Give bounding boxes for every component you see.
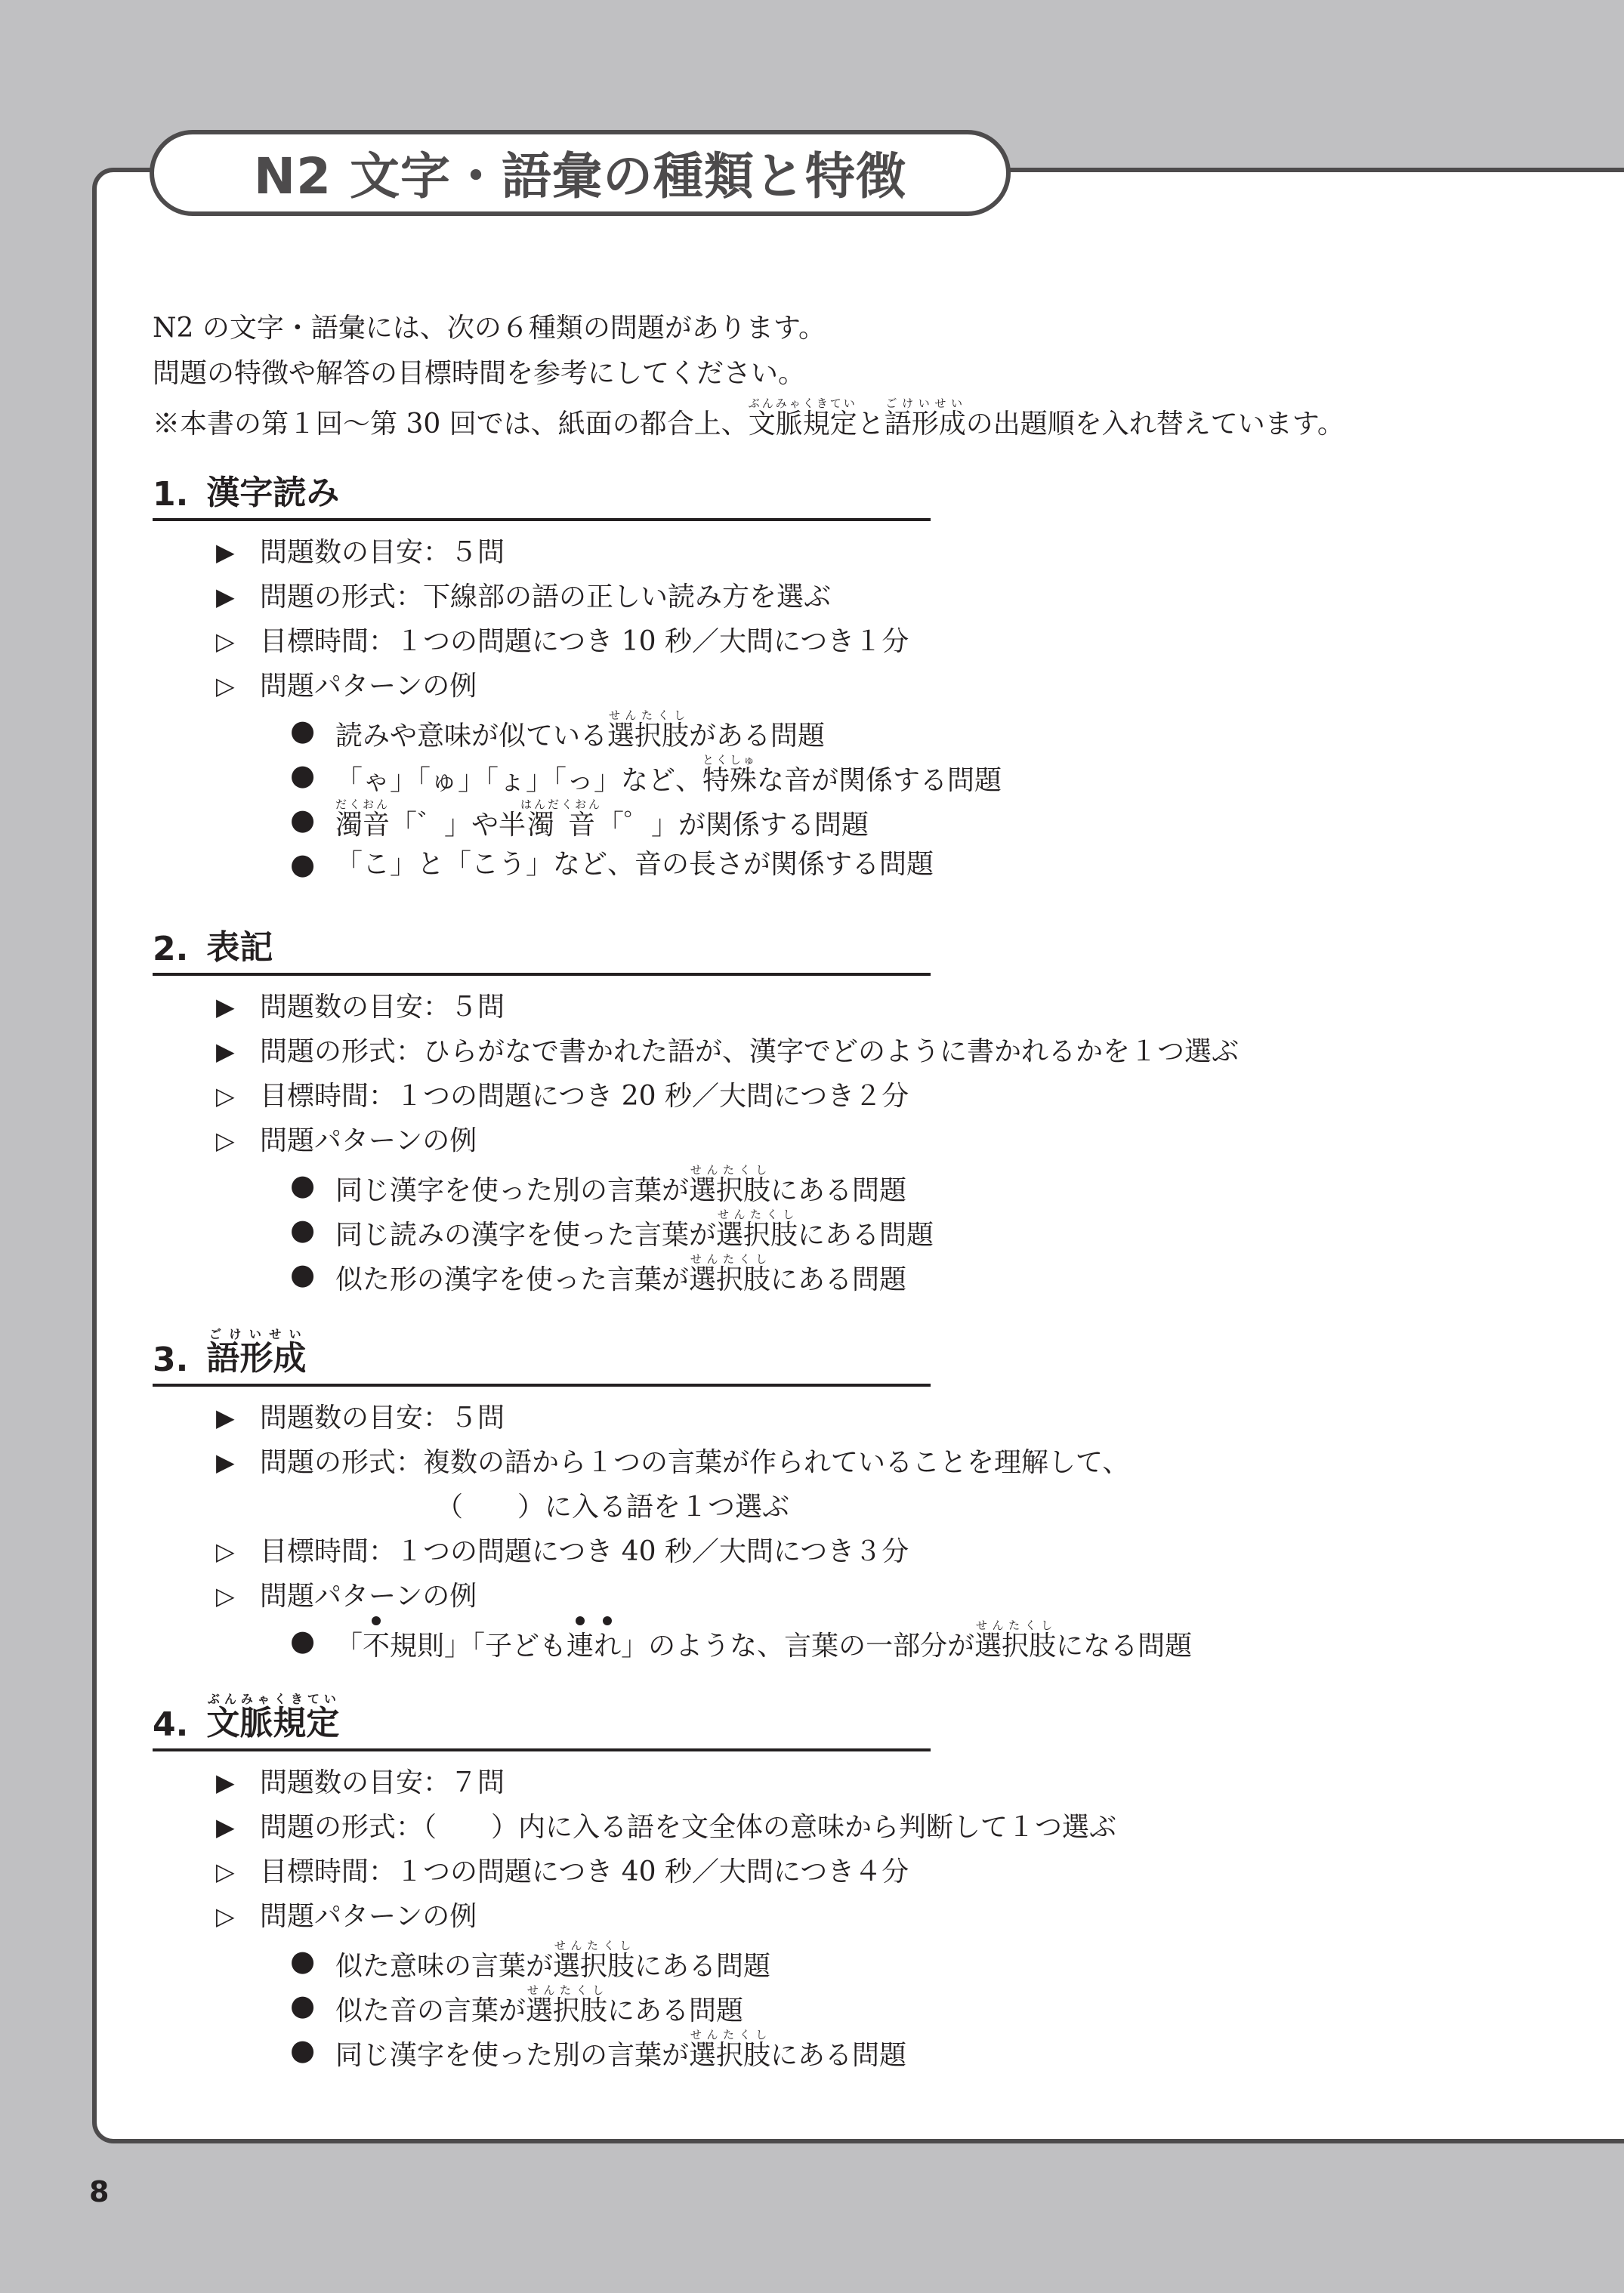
list-item: ▷目標時間：１つの問題につき 40 秒／大問につき３分 bbox=[153, 1529, 931, 1574]
bullet-dot-icon: ● bbox=[290, 1939, 315, 1983]
triangle-filled-icon: ▶ bbox=[216, 1805, 235, 1850]
intro-text: ※本書の第１回〜第 30 回では、紙面の都合上、 bbox=[153, 409, 749, 440]
section-kanji-reading: 1. 漢字読み ▶問題数の目安：５問 ▶問題の形式：下線部の語の正しい読み方を選… bbox=[153, 456, 931, 887]
section-notation: 2. 表記 ▶問題数の目安：５問 ▶問題の形式：ひらがなで書かれた語が、漢字でど… bbox=[153, 911, 931, 1297]
list-item: ▶問題数の目安：７問 bbox=[153, 1761, 931, 1805]
example-item: ●読みや意味が似ている選択肢せんたくしがある問題 bbox=[153, 708, 931, 753]
list-item: ▶問題数の目安：５問 bbox=[153, 530, 931, 575]
list-item: ▶問題の形式：（ ）内に入る語を文全体の意味から判断して１つ選ぶ bbox=[153, 1805, 931, 1850]
emphasis-dot: れ bbox=[594, 1624, 621, 1668]
triangle-outline-icon: ▷ bbox=[216, 1850, 235, 1894]
example-item: ●似た意味の言葉が選択肢せんたくしにある問題 bbox=[153, 1939, 931, 1983]
triangle-filled-icon: ▶ bbox=[216, 530, 235, 575]
triangle-outline-icon: ▷ bbox=[216, 1529, 235, 1574]
bullet-dot-icon: ● bbox=[290, 1252, 315, 1297]
bullet-dot-icon: ● bbox=[290, 753, 315, 798]
triangle-filled-icon: ▶ bbox=[216, 575, 235, 619]
list-item: ▷目標時間：１つの問題につき 40 秒／大問につき４分 bbox=[153, 1850, 931, 1894]
triangle-filled-icon: ▶ bbox=[216, 1396, 235, 1440]
list-item: ▷目標時間：１つの問題につき 10 秒／大問につき１分 bbox=[153, 619, 931, 664]
triangle-filled-icon: ▶ bbox=[216, 1440, 235, 1485]
bullet-dot-icon: ● bbox=[290, 842, 315, 887]
bullet-dot-icon: ● bbox=[290, 798, 315, 842]
example-item: ●「こ」と「こう」など、音の長さが関係する問題 bbox=[153, 842, 931, 887]
emphasis-dot: 連 bbox=[567, 1624, 594, 1668]
intro-line-1: N2 の文字・語彙には、次の６種類の問題があります。 bbox=[153, 306, 1345, 351]
example-item: ●「不規則」「子ども連れ」のような、言葉の一部分が選択肢せんたくしになる問題 bbox=[153, 1619, 931, 1663]
list-item-continuation: （ ）に入る語を１つ選ぶ bbox=[153, 1485, 931, 1529]
list-item: ▷問題パターンの例 bbox=[153, 1574, 931, 1619]
example-item: ●似た音の言葉が選択肢せんたくしにある問題 bbox=[153, 1983, 931, 2028]
bullet-dot-icon: ● bbox=[290, 1208, 315, 1252]
page-title: N2 文字・語彙の種類と特徴 bbox=[254, 136, 906, 208]
list-item: ▶問題の形式：下線部の語の正しい読み方を選ぶ bbox=[153, 575, 931, 619]
emphasis-dot: 不 bbox=[363, 1624, 390, 1668]
example-item: ●濁音だくおん「゛」や半濁音はんだくおん「゜」が関係する問題 bbox=[153, 798, 931, 842]
example-item: ●同じ漢字を使った別の言葉が選択肢せんたくしにある問題 bbox=[153, 1163, 931, 1208]
triangle-outline-icon: ▷ bbox=[216, 1894, 235, 1939]
triangle-filled-icon: ▶ bbox=[216, 1761, 235, 1805]
ruby-bunmyakukitei: 文脈規定ぶんみゃくきてい bbox=[749, 409, 857, 440]
page-number: 8 bbox=[89, 2175, 109, 2208]
example-item: ●同じ漢字を使った別の言葉が選択肢せんたくしにある問題 bbox=[153, 2028, 931, 2072]
triangle-outline-icon: ▷ bbox=[216, 664, 235, 708]
section-heading: 3. 語形成ごけいせい bbox=[153, 1322, 931, 1387]
example-item: ●「ゃ」「ゅ」「ょ」「っ」など、特殊とくしゅな音が関係する問題 bbox=[153, 753, 931, 798]
bullet-dot-icon: ● bbox=[290, 1619, 315, 1663]
list-item: ▷問題パターンの例 bbox=[153, 1119, 931, 1163]
example-item: ●似た形の漢字を使った言葉が選択肢せんたくしにある問題 bbox=[153, 1252, 931, 1297]
bullet-dot-icon: ● bbox=[290, 1983, 315, 2028]
list-item: ▶問題の形式：複数の語から１つの言葉が作られていることを理解して、 bbox=[153, 1440, 931, 1485]
ruby-gokeisei: 語形成ごけいせい bbox=[885, 409, 966, 440]
triangle-filled-icon: ▶ bbox=[216, 1029, 235, 1074]
bullet-dot-icon: ● bbox=[290, 2028, 315, 2072]
section-word-formation: 3. 語形成ごけいせい ▶問題数の目安：５問 ▶問題の形式：複数の語から１つの言… bbox=[153, 1322, 931, 1663]
triangle-outline-icon: ▷ bbox=[216, 619, 235, 664]
example-item: ●同じ読みの漢字を使った言葉が選択肢せんたくしにある問題 bbox=[153, 1208, 931, 1252]
section-heading: 4. 文脈規定ぶんみゃくきてい bbox=[153, 1687, 931, 1751]
bullet-dot-icon: ● bbox=[290, 708, 315, 753]
intro-line-2: 問題の特徴や解答の目標時間を参考にしてください。 bbox=[153, 351, 1345, 397]
list-item: ▷目標時間：１つの問題につき 20 秒／大問につき２分 bbox=[153, 1074, 931, 1119]
bullet-dot-icon: ● bbox=[290, 1163, 315, 1208]
list-item: ▶問題の形式：ひらがなで書かれた語が、漢字でどのように書かれるかを１つ選ぶ bbox=[153, 1029, 931, 1074]
triangle-outline-icon: ▷ bbox=[216, 1074, 235, 1119]
list-item: ▶問題数の目安：５問 bbox=[153, 985, 931, 1029]
intro-line-3: ※本書の第１回〜第 30 回では、紙面の都合上、文脈規定ぶんみゃくきていと語形成… bbox=[153, 397, 1345, 442]
triangle-outline-icon: ▷ bbox=[216, 1119, 235, 1163]
list-item: ▷問題パターンの例 bbox=[153, 1894, 931, 1939]
section-heading: 2. 表記 bbox=[153, 911, 931, 976]
intro-paragraph: N2 の文字・語彙には、次の６種類の問題があります。 問題の特徴や解答の目標時間… bbox=[153, 306, 1345, 442]
list-item: ▷問題パターンの例 bbox=[153, 664, 931, 708]
section-heading: 1. 漢字読み bbox=[153, 456, 931, 521]
title-banner: N2 文字・語彙の種類と特徴 bbox=[150, 130, 1011, 216]
triangle-outline-icon: ▷ bbox=[216, 1574, 235, 1619]
section-context: 4. 文脈規定ぶんみゃくきてい ▶問題数の目安：７問 ▶問題の形式：（ ）内に入… bbox=[153, 1687, 931, 2072]
list-item: ▶問題数の目安：５問 bbox=[153, 1396, 931, 1440]
triangle-filled-icon: ▶ bbox=[216, 985, 235, 1029]
